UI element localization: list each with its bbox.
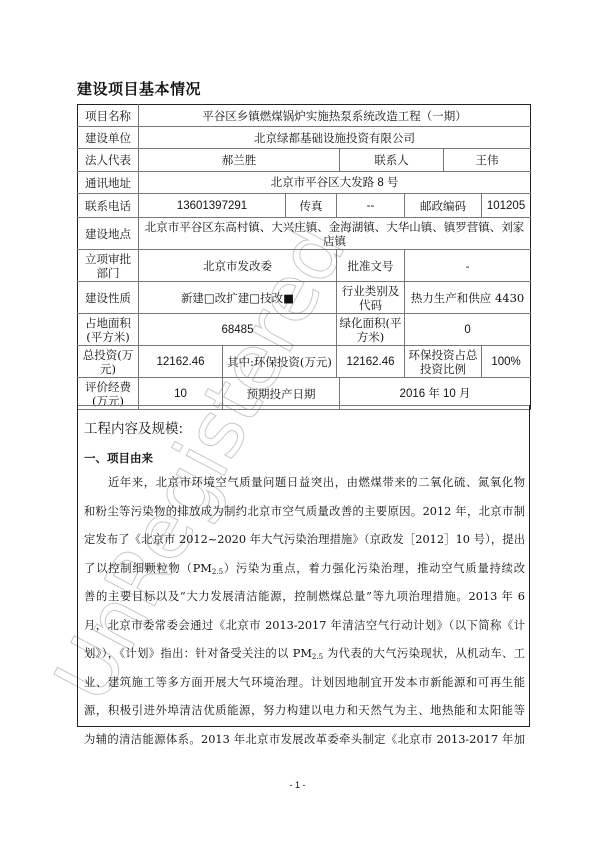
label-industry: 行业类别及代码 xyxy=(337,282,405,314)
value-site: 北京市平谷区东高村镇、大兴庄镇、金海湖镇、大华山镇、镇罗营镇、刘家店镇 xyxy=(139,218,531,250)
pm-subscript: 2.5 xyxy=(312,653,323,661)
label-site: 建设地点 xyxy=(78,218,139,250)
value-area: 68485 xyxy=(139,314,337,346)
value-contact: 王伟 xyxy=(444,149,531,172)
value-total-invest: 12162.46 xyxy=(139,346,223,378)
label-approval-no: 批准文号 xyxy=(337,250,405,282)
label-env-invest: 其中:环保投资(万元) xyxy=(223,346,337,378)
para-line-6: 月，北京市委常委会通过《北京市 2013-2017 年清洁空气行动计划》（以下简… xyxy=(84,612,525,641)
value-builder: 北京绿都基础设施投资有限公司 xyxy=(139,127,531,149)
pm-prefix: 了以控制细颗粒物（PM xyxy=(84,562,212,575)
label-total-invest: 总投资(万元) xyxy=(78,346,139,378)
label-postcode: 邮政编码 xyxy=(405,194,482,218)
value-approval-dept: 北京市发改委 xyxy=(139,250,337,282)
para-line-7: 划》），《计划》指出：针对备受关注的以 PM2.5 为代表的大气污染现状，从机动… xyxy=(84,640,525,669)
value-fax: -- xyxy=(337,194,405,218)
value-approval-no: - xyxy=(405,250,531,282)
label-env-ratio: 环保投资占总投资比例 xyxy=(405,346,482,378)
label-contact: 联系人 xyxy=(340,149,444,172)
origin-paragraph: 近年来，北京市环境空气质量问题日益突出，由燃煤带来的二氧化硫、氮氧化物 和粉尘等… xyxy=(84,469,525,754)
label-approval-dept: 立项审批部门 xyxy=(78,250,139,282)
para-line-3: 定发布了《北京市 2012~2020 年大气污染治理措施》（京政发［2012］1… xyxy=(84,526,525,555)
para-line-4: 了以控制细颗粒物（PM2.5）污染为重点，着力强化污染治理，推动空气质量持续改 xyxy=(84,555,525,584)
value-green-area: 0 xyxy=(405,314,531,346)
project-info-table: 项目名称 平谷区乡镇燃煤锅炉实施热泵系统改造工程（一期） 建设单位 北京绿都基础… xyxy=(77,104,531,410)
pm-subscript: 2.5 xyxy=(212,568,223,576)
value-phone: 13601397291 xyxy=(139,194,286,218)
value-nature: 新建□改扩建□技改■ xyxy=(139,282,337,314)
para-line-2: 和粉尘等污染物的排放成为制约北京市空气质量改善的主要原因。2012 年，北京市制 xyxy=(84,498,525,527)
page-title: 建设项目基本情况 xyxy=(77,78,201,99)
pm-prefix: 划》），《计划》指出：针对备受关注的以 PM xyxy=(84,647,312,660)
section-title-origin: 一、项目由来 xyxy=(84,450,153,466)
para-line-1: 近年来，北京市环境空气质量问题日益突出，由燃煤带来的二氧化硫、氮氧化物 xyxy=(84,469,525,498)
label-fax: 传真 xyxy=(286,194,337,218)
label-nature: 建设性质 xyxy=(78,282,139,314)
label-area: 占地面积(平方米) xyxy=(78,314,139,346)
value-env-ratio: 100% xyxy=(482,346,531,378)
content-section: 工程内容及规模: 一、项目由来 近年来，北京市环境空气质量问题日益突出，由燃煤带… xyxy=(77,405,530,727)
label-green-area: 绿化面积(平方米) xyxy=(337,314,405,346)
value-postcode: 101205 xyxy=(482,194,531,218)
pm-suffix: 为代表的大气污染现状，从机动车、工 xyxy=(323,647,525,660)
value-industry: 热力生产和供应 4430 xyxy=(405,282,531,314)
value-legal-rep: 郝兰胜 xyxy=(139,149,340,172)
label-builder: 建设单位 xyxy=(78,127,139,149)
page-number: - 1 - xyxy=(0,780,595,790)
para-line-8: 业、建筑施工等多方面开展大气环境治理。计划因地制宜开发本市新能源和可再生能 xyxy=(84,669,525,698)
value-address: 北京市平谷区大发路 8 号 xyxy=(139,172,531,194)
pm-suffix: ）污染为重点，着力强化污染治理，推动空气质量持续改 xyxy=(223,562,525,575)
label-project-name: 项目名称 xyxy=(78,105,139,127)
content-title: 工程内容及规模: xyxy=(84,417,183,437)
para-line-9: 源，积极引进外埠清洁优质能源，努力构建以电力和天然气为主、地热能和太阳能等 xyxy=(84,697,525,726)
label-legal-rep: 法人代表 xyxy=(78,149,139,172)
label-address: 通讯地址 xyxy=(78,172,139,194)
label-phone: 联系电话 xyxy=(78,194,139,218)
value-project-name: 平谷区乡镇燃煤锅炉实施热泵系统改造工程（一期） xyxy=(139,105,531,127)
para-line-10: 为辅的清洁能源体系。2013 年北京市发展改革委牵头制定《北京市 2013-20… xyxy=(84,726,525,755)
para-line-5: 善的主要目标以及“大力发展清洁能源，控制燃煤总量”等九项治理措施。2013 年 … xyxy=(84,583,525,612)
value-env-invest: 12162.46 xyxy=(337,346,405,378)
